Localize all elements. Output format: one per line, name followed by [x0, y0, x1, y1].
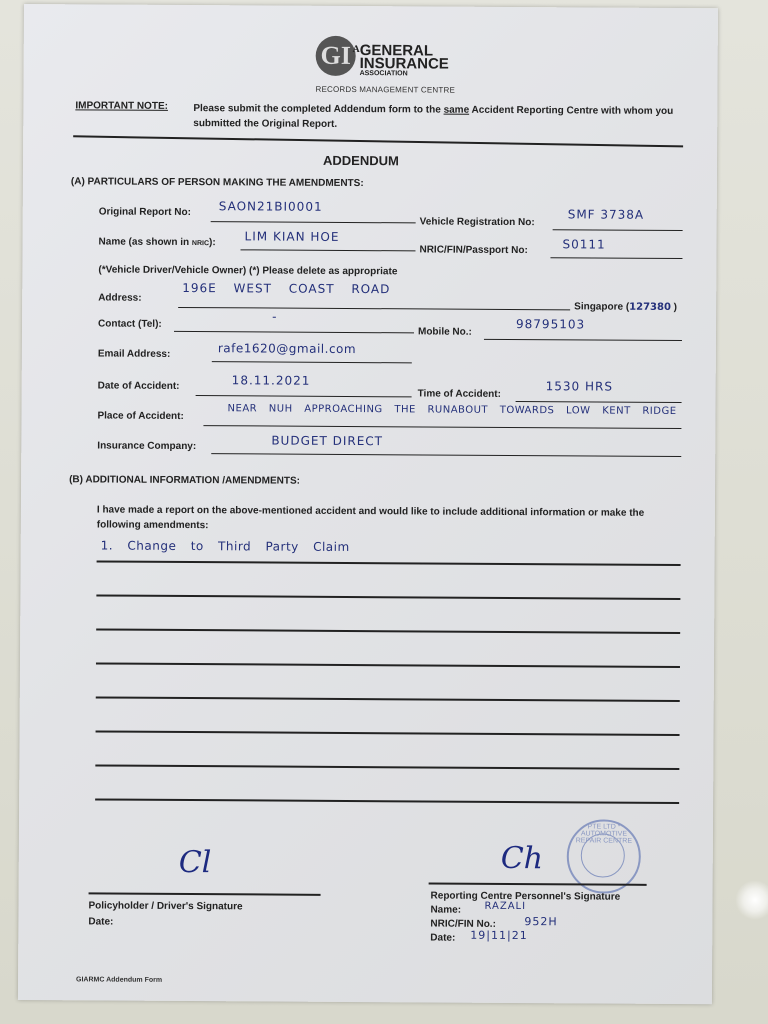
- policyholder-signature[interactable]: Cl: [179, 845, 212, 880]
- addendum-form-paper: GI A GENERAL INSURANCE ASSOCIATION RECOR…: [18, 4, 718, 1004]
- time-of-accident-line: [516, 401, 682, 403]
- light-glare: [735, 880, 768, 920]
- name-line: [240, 249, 415, 251]
- vehicle-registration-line: [553, 229, 683, 231]
- insurance-company-line: [211, 453, 681, 457]
- amendment-line-8[interactable]: [95, 798, 679, 803]
- nric-field[interactable]: S0111: [562, 237, 605, 251]
- amendment-line-7[interactable]: [95, 764, 679, 769]
- original-report-no-field[interactable]: SAON21BI0001: [219, 199, 323, 214]
- date-of-accident-label: Date of Accident:: [98, 380, 180, 391]
- mobile-no-line: [484, 339, 682, 341]
- form-title: ADDENDUM: [323, 153, 399, 168]
- postal-code-field[interactable]: 127380: [629, 302, 671, 313]
- insurance-company-label: Insurance Company:: [97, 440, 196, 452]
- amendment-line-5[interactable]: [96, 696, 680, 701]
- contact-tel-line: [174, 331, 414, 333]
- organization-name: GENERAL INSURANCE ASSOCIATION: [360, 44, 449, 79]
- personnel-date-label: Date:: [430, 932, 455, 943]
- name-label: Name (as shown in NRIC):: [99, 236, 216, 248]
- name-label-end: ):: [209, 237, 216, 248]
- section-a-heading: (A) PARTICULARS OF PERSON MAKING THE AME…: [71, 176, 364, 189]
- date-of-accident-line: [196, 395, 412, 397]
- singapore-label-end: ): [671, 302, 677, 313]
- logo-mark-text: GI: [320, 41, 351, 70]
- note-emphasis: same: [444, 105, 470, 116]
- personnel-date-field[interactable]: 19|11|21: [470, 929, 527, 942]
- email-label: Email Address:: [98, 348, 171, 359]
- policyholder-signature-line: [89, 892, 321, 895]
- singapore-label: Singapore (: [574, 301, 629, 312]
- amendment-line-2[interactable]: [96, 594, 680, 599]
- original-report-no-label: Original Report No:: [99, 206, 191, 218]
- name-label-text: Name (as shown in: [99, 236, 192, 248]
- date-of-accident-field[interactable]: 18.11.2021: [232, 373, 311, 387]
- note-text-part: Please submit the completed Addendum for…: [193, 103, 443, 116]
- personnel-name-label: Name:: [430, 905, 461, 916]
- personnel-signature[interactable]: Ch: [501, 841, 543, 876]
- place-of-accident-label: Place of Accident:: [97, 410, 183, 422]
- amendment-line-3[interactable]: [96, 628, 680, 633]
- mobile-no-field[interactable]: 98795103: [516, 317, 585, 331]
- singapore-postal-label: Singapore (127380 ): [574, 301, 677, 313]
- address-label: Address:: [98, 292, 141, 303]
- vehicle-registration-field[interactable]: SMF 3738A: [568, 207, 645, 221]
- section-b-intro: I have made a report on the above-mentio…: [97, 502, 687, 536]
- personnel-signature-line: [429, 882, 647, 885]
- important-note-text: Please submit the completed Addendum for…: [193, 101, 693, 134]
- amendment-line-6[interactable]: [96, 730, 680, 735]
- place-of-accident-field[interactable]: NEAR NUH APPROACHING THE RUNABOUT TOWARD…: [227, 403, 676, 417]
- address-line: [178, 307, 570, 310]
- place-of-accident-line: [203, 425, 681, 429]
- time-of-accident-field[interactable]: 1530 HRS: [546, 379, 613, 393]
- nric-label: NRIC/FIN/Passport No:: [419, 244, 527, 256]
- vehicle-registration-label: Vehicle Registration No:: [420, 216, 535, 228]
- stamp-text: PTE LTD * AUTOMOTIVE REPAIR CENTRE: [569, 823, 639, 844]
- amendment-line-1-field[interactable]: 1. Change to Third Party Claim: [101, 538, 350, 554]
- email-field[interactable]: rafe1620@gmail.com: [218, 341, 356, 356]
- org-subtitle: RECORDS MANAGEMENT CENTRE: [315, 85, 455, 95]
- section-b-heading: (B) ADDITIONAL INFORMATION /AMENDMENTS:: [69, 474, 300, 486]
- gia-logo-icon: GI A: [316, 36, 356, 76]
- personnel-name-field[interactable]: RAZALI: [484, 901, 526, 912]
- nric-line: [550, 257, 682, 259]
- form-footer: GIARMC Addendum Form: [76, 976, 162, 984]
- time-of-accident-label: Time of Accident:: [418, 388, 501, 400]
- amendment-line-1: [97, 560, 681, 565]
- email-line: [212, 361, 412, 363]
- original-report-no-line: [211, 221, 416, 223]
- policyholder-signature-label: Policyholder / Driver's Signature: [88, 900, 242, 912]
- name-label-small: NRIC: [192, 240, 209, 247]
- policyholder-date-label: Date:: [88, 916, 113, 927]
- address-field[interactable]: 196E WEST COAST ROAD: [182, 281, 390, 296]
- contact-tel-label: Contact (Tel):: [98, 318, 162, 329]
- name-field[interactable]: LIM KIAN HOE: [245, 229, 340, 244]
- mobile-no-label: Mobile No.:: [418, 326, 472, 337]
- contact-tel-field[interactable]: -: [272, 310, 277, 324]
- divider: [73, 135, 683, 147]
- org-line-2: INSURANCE: [360, 57, 449, 71]
- amendment-line-4[interactable]: [96, 662, 680, 667]
- personnel-nric-field[interactable]: 952H: [524, 915, 557, 928]
- important-note-label: IMPORTANT NOTE:: [75, 100, 168, 112]
- driver-owner-note: (*Vehicle Driver/Vehicle Owner) (*) Plea…: [98, 264, 397, 277]
- insurance-company-field[interactable]: BUDGET DIRECT: [271, 434, 383, 449]
